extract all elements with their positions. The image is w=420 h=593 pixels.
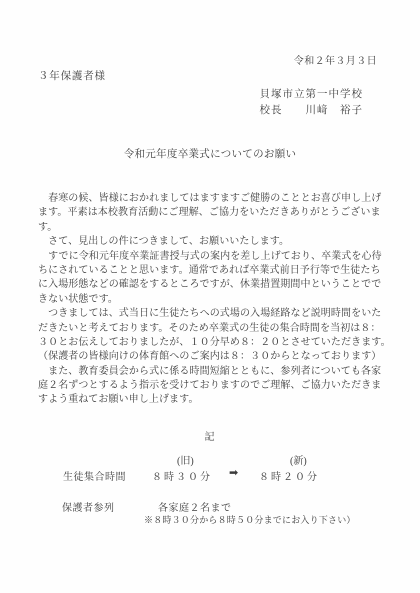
assembly-time-new: ８時２０分 [259, 468, 319, 483]
body-line: 庭２名ずつとするよう指示を受けておりますのでご理解、ご協力いただきま [38, 379, 390, 393]
right-arrow-icon: ➡ [229, 466, 238, 479]
body-line: ます。平素は本校教育活動にご理解、ご協力をいただきありがとうございま [38, 206, 390, 220]
body-line: きない状態です。 [38, 293, 390, 307]
date: 令和２年３月３日 [294, 52, 377, 67]
body-line: また、教育委員会から式に係る時間短縮とともに、参列者についても各家 [38, 365, 390, 379]
principal-name: 校長 川﨑 裕子 [260, 102, 364, 117]
body-text: 春寒の候、皆様におかれましてはますますご健勝のこととお喜び申し上げます。平素は本… [38, 192, 390, 408]
body-line: だきたいと考えております。そのため卒業式の生徒の集合時間を当初は８： [38, 322, 390, 336]
document-page: 令和２年３月３日 ３年保護者様 貝塚市立第一中学校 校長 川﨑 裕子 令和元年度… [0, 0, 420, 593]
document-title: 令和元年度卒業式についてのお願い [0, 146, 420, 161]
attendance-label: 保護者参列 [62, 499, 115, 514]
body-line: すでに令和元年度卒業証書授与式の案内を差し上げており、卒業式を心待 [38, 250, 390, 264]
body-line: ３０とお伝えしておりましたが、１０分早め８：２０とさせていただきます。 [38, 336, 390, 350]
ki-marker: 記 [0, 428, 420, 443]
attendance-value: 各家庭２名まで [158, 499, 232, 514]
attendance-note: ※８時３０分から８時５０分までにお入り下さい） [144, 513, 356, 526]
body-line: つきましては、式当日に生徒たちへの式場の入場経路など説明時間をいた [38, 307, 390, 321]
body-line: すよう重ねてお願い申し上げます。 [38, 393, 390, 407]
body-line: す。 [38, 221, 390, 235]
body-line: （保護者の皆様向けの体育館へのご案内は８：３０からとなっております） [38, 350, 390, 364]
school-name: 貝塚市立第一中学校 [260, 86, 364, 101]
body-line: 春寒の候、皆様におかれましてはますますご健勝のこととお喜び申し上げ [38, 192, 390, 206]
new-column-header: (新) [290, 452, 307, 467]
body-line: ちにされていることと思います。通常であれば卒業式前日予行等で生徒たち [38, 264, 390, 278]
assembly-time-label: 生徒集合時間 [63, 468, 126, 483]
body-line: に入場形態などの確認をするところですが、休業措置期間中ということでで [38, 278, 390, 292]
assembly-time-old: ８時３０分 [152, 468, 212, 483]
addressee: ３年保護者様 [38, 68, 106, 83]
body-line: さて、見出しの件につきまして、お願いいたします。 [38, 235, 390, 249]
old-column-header: (旧) [177, 452, 194, 467]
